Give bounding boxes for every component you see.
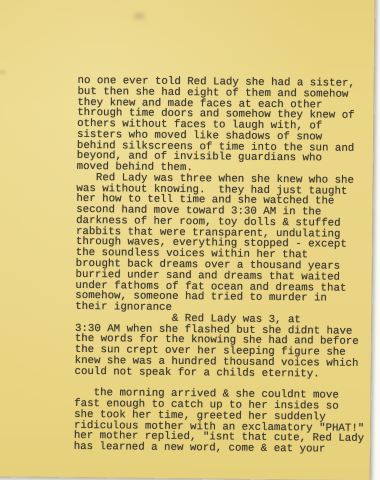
- smudge-mark: [0, 70, 5, 74]
- typewritten-text: no one ever told Red Lady she had a sist…: [74, 76, 378, 456]
- scanner-backdrop: no one ever told Red Lady she had a sist…: [0, 0, 380, 480]
- paper-sheet: no one ever told Red Lady she had a sist…: [0, 0, 376, 480]
- stain-mark: [133, 13, 145, 20]
